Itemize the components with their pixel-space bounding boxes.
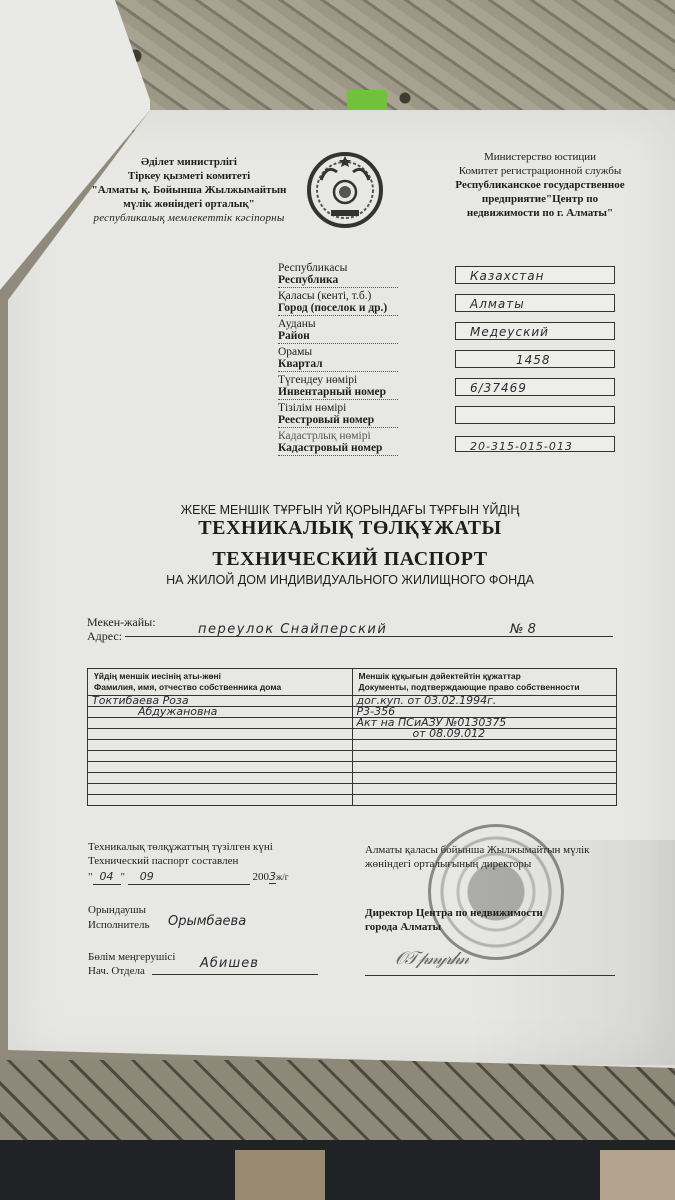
executor-label-ru: Исполнитель (88, 918, 150, 932)
head-signature-line (152, 974, 318, 975)
field-value (456, 409, 470, 423)
field-value: Медеуский (456, 325, 549, 339)
head-label-kz: Бөлім меңгерушісі (88, 950, 175, 964)
green-sticker (347, 90, 387, 112)
owner-cell (88, 718, 353, 729)
field-value-box: 1458 (455, 350, 615, 368)
director-label-ru-1: Директор Центра по недвижимости (365, 906, 543, 920)
field-label-ru: Район (278, 330, 398, 344)
executor-label-kz: Орындаушы (88, 903, 146, 917)
field-city: Қаласы (кенті, т.б.) Город (поселок и др… (278, 290, 623, 318)
field-value: Алматы (456, 297, 525, 311)
ministry-line: мүлік жөніндегі орталық" (78, 197, 300, 211)
field-value-box (455, 406, 615, 424)
header-left-ministry: Әділет министрлігі Тіркеу қызметі комите… (78, 155, 300, 225)
owner-cell (88, 795, 353, 806)
field-label-ru: Квартал (278, 358, 398, 372)
owner-cell: Токтибаева Роза (88, 696, 353, 707)
field-value: Казахстан (456, 269, 545, 283)
field-value: 1458 (456, 353, 551, 367)
ministry-line: республикалық мемлекеттік кәсіпорны (78, 211, 300, 225)
ministry-line: Республиканское государственное (435, 178, 645, 192)
date-year-suffix: 3 (269, 870, 276, 884)
compiled-label-ru: Технический паспорт составлен (88, 854, 238, 868)
compiled-date: "04" 09 2003ж/г (88, 870, 338, 885)
owner-cell: Абдужановна (88, 707, 353, 718)
field-district: Ауданы Район Медеуский (278, 318, 623, 346)
address-number: № 8 (510, 622, 536, 637)
ministry-line: предприятие"Центр по (435, 192, 645, 206)
owner-cell (88, 751, 353, 762)
ministry-line: Әділет министрлігі (78, 155, 300, 169)
date-month: 09 (128, 870, 250, 885)
official-stamp-icon (428, 824, 564, 960)
owner-cell (88, 784, 353, 795)
owner-cell (88, 740, 353, 751)
date-year-prefix: 200 (253, 871, 270, 883)
field-label-ru: Республика (278, 274, 398, 288)
field-republic: Республикасы Республика Казахстан (278, 262, 623, 290)
compiled-label-kz: Техникалық төлқұжаттың түзілген күні (88, 840, 273, 854)
ministry-line: Комитет регистрационной службы (435, 164, 645, 178)
floor-patch (235, 1150, 325, 1200)
head-value: Абишев (200, 956, 259, 971)
table-header-owner: Үйдің меншік иесінің аты-жөні Фамилия, и… (88, 669, 353, 696)
dark-cloth (0, 1140, 675, 1200)
owner-cell (88, 773, 353, 784)
document-cell (352, 751, 617, 762)
document-cell (352, 740, 617, 751)
field-quarter: Орамы Квартал 1458 (278, 346, 623, 374)
ministry-line: недвижимости по г. Алматы" (435, 206, 645, 220)
document-cell (352, 784, 617, 795)
field-label-ru: Город (поселок и др.) (278, 302, 398, 316)
floor-patch (600, 1150, 675, 1200)
table-row: Акт на ПСиАЗУ №0130375 (88, 718, 617, 729)
header-ru: Фамилия, имя, отчество собственника дома (94, 682, 346, 693)
owner-cell (88, 729, 353, 740)
date-year-unit: ж/г (276, 872, 288, 882)
owner-cell (88, 762, 353, 773)
ministry-line: Тіркеу қызметі комитеті (78, 169, 300, 183)
ministry-line: Министерство юстиции (435, 150, 645, 164)
table-row: АбдужановнаР3-356 (88, 707, 617, 718)
table-row (88, 762, 617, 773)
state-emblem-icon (305, 150, 385, 230)
table-row (88, 784, 617, 795)
head-label-ru: Нач. Отдела (88, 964, 145, 978)
table-row (88, 795, 617, 806)
director-label-ru-2: города Алматы (365, 920, 441, 934)
document-cell: от 08.09.012 (352, 729, 617, 740)
table-row (88, 740, 617, 751)
header-ru: Документы, подтверждающие право собствен… (359, 682, 611, 693)
address-label-ru: Адрес: (87, 629, 122, 643)
executor-value: Орымбаева (168, 914, 246, 929)
field-value: 20-315-015-013 (456, 440, 573, 453)
field-value-box: 6/37469 (455, 378, 615, 396)
title-kz-sub: ЖЕКЕ МЕНШІК ТҰРҒЫН ҮЙ ҚОРЫНДАҒЫ ТҰРҒЫН Ү… (100, 503, 600, 517)
title-ru-main: ТЕХНИЧЕСКИЙ ПАСПОРТ (100, 548, 600, 571)
title-kz-main: ТЕХНИКАЛЫҚ ТӨЛҚҰЖАТЫ (100, 517, 600, 540)
field-value-box: Медеуский (455, 322, 615, 340)
date-day: 04 (93, 870, 121, 885)
address-label-kz: Мекен-жайы: (87, 615, 156, 629)
title-ru-sub: НА ЖИЛОЙ ДОМ ИНДИВИДУАЛЬНОГО ЖИЛИЩНОГО Ф… (100, 573, 600, 587)
header-kz: Меншік құқығын дәйектейтін құжаттар (359, 671, 611, 682)
field-value-box: 20-315-015-013 (455, 436, 615, 452)
document-cell (352, 762, 617, 773)
field-label-ru: Реестровый номер (278, 414, 398, 428)
field-value-box: Казахстан (455, 266, 615, 284)
field-inventory-number: Түгендеу нөмірі Инвентарный номер 6/3746… (278, 374, 623, 402)
director-signature: 𝒪𝒯𝓅𝓃𝓎𝓇𝒽𝓃 (395, 948, 467, 969)
table-row (88, 751, 617, 762)
address-street: переулок Снайперский (198, 622, 387, 637)
director-signature-line (365, 975, 615, 976)
header-kz: Үйдің меншік иесінің аты-жөні (94, 671, 346, 682)
document-cell (352, 795, 617, 806)
field-value: 6/37469 (456, 381, 527, 395)
owners-table: Үйдің меншік иесінің аты-жөні Фамилия, и… (87, 668, 617, 806)
field-label-ru: Кадастровый номер (278, 442, 398, 456)
table-row (88, 773, 617, 784)
field-registry-number: Тізілім нөмірі Реестровый номер (278, 402, 623, 430)
header-right-ministry: Министерство юстиции Комитет регистрацио… (435, 150, 645, 220)
field-value-box: Алматы (455, 294, 615, 312)
table-header-documents: Меншік құқығын дәйектейтін құжаттар Доку… (352, 669, 617, 696)
field-label-ru: Инвентарный номер (278, 386, 398, 400)
table-row: от 08.09.012 (88, 729, 617, 740)
ministry-line: "Алматы қ. Бойынша Жылжымайтын (78, 183, 300, 197)
document-cell (352, 773, 617, 784)
field-cadastral-number: Кадастрлық нөмірі Кадастровый номер 20-3… (278, 430, 623, 458)
